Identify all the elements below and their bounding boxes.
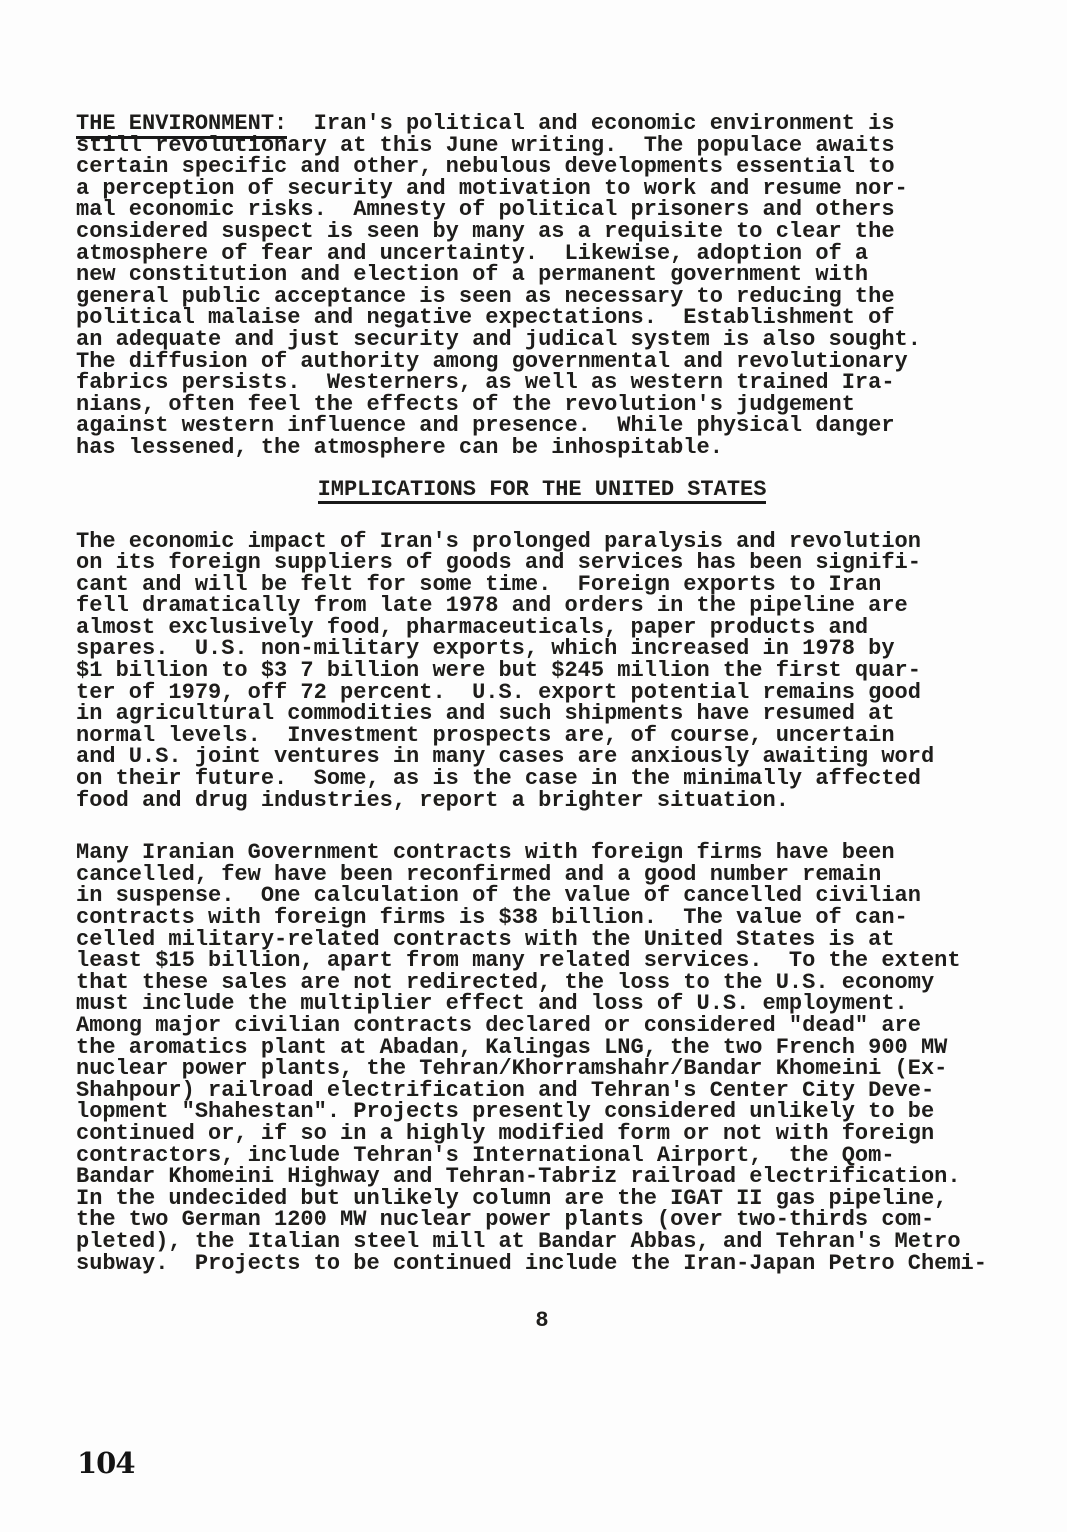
environment-paragraph-text: still revolutionary at this June writing… — [76, 135, 1008, 459]
implications-heading: IMPLICATIONS FOR THE UNITED STATES — [318, 479, 767, 505]
implications-paragraph-2: Many Iranian Government contracts with f… — [76, 842, 1008, 1274]
folio-number: 104 — [77, 1446, 135, 1480]
page-number: 8 — [76, 1310, 1008, 1332]
implications-paragraph-1: The economic impact of Iran's prolonged … — [76, 531, 1008, 812]
environment-heading-line: THE ENVIRONMENT: Iran's political and ec… — [76, 113, 1008, 135]
document-body: THE ENVIRONMENT: Iran's political and ec… — [76, 113, 1008, 1332]
implications-heading-row: IMPLICATIONS FOR THE UNITED STATES — [76, 479, 1008, 505]
document-page: THE ENVIRONMENT: Iran's political and ec… — [0, 0, 1067, 1532]
paragraph-environment: THE ENVIRONMENT: Iran's political and ec… — [76, 113, 1008, 459]
